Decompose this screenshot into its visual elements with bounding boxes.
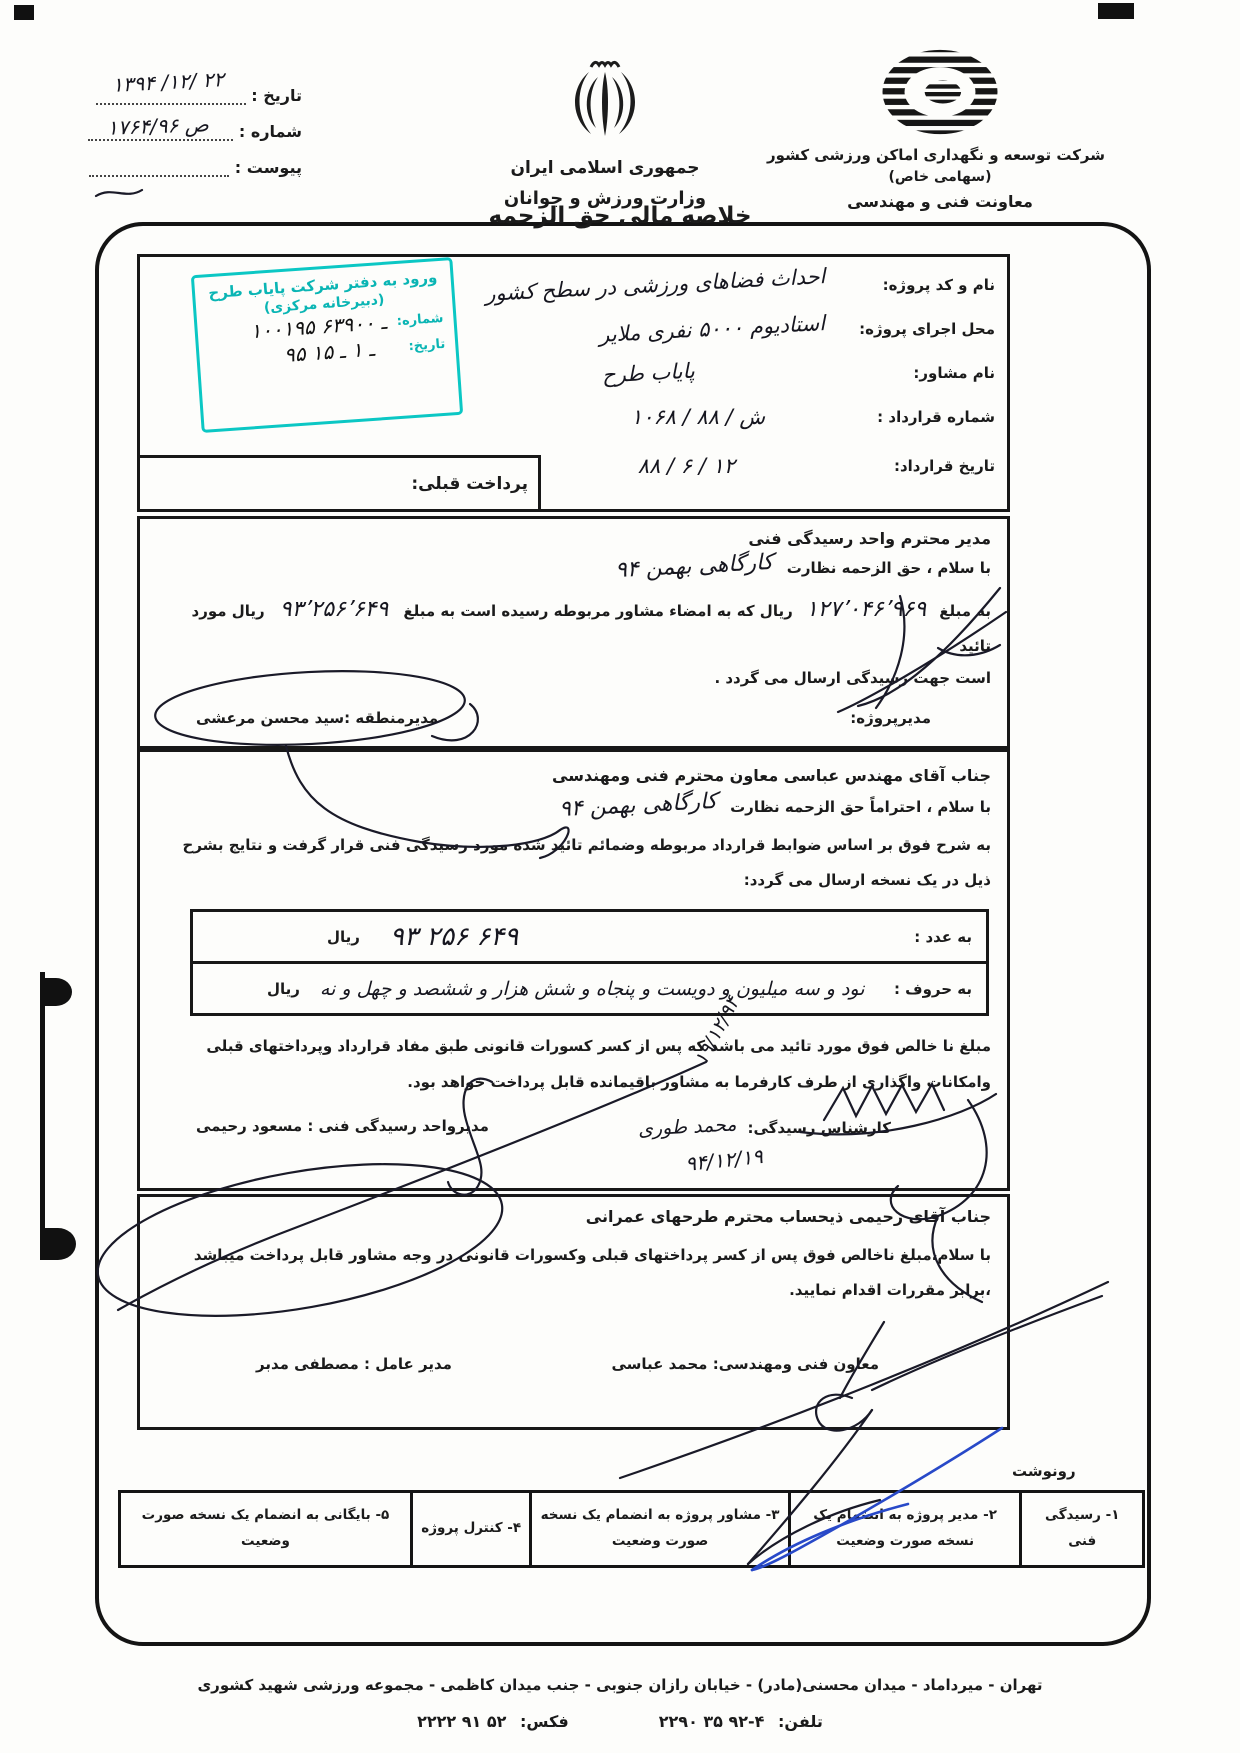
section1-continuation: است جهت رسیدگی ارسال می گردد . [156,669,991,687]
region-manager-label: مدیرمنطقه :سید محسن مرعشی [196,709,438,727]
section1-signature-row: مدیرپروژه: مدیرمنطقه :سید محسن مرعشی [156,709,991,727]
phone-value: ۲۲۹۰ ۳۵ ۹۲-۴ [659,1712,765,1731]
project-manager-label: مدیرپروژه: [850,709,931,727]
section3-signature-row: معاون فنی ومهندسی: محمد عباسی مدیر عامل … [156,1355,991,1373]
section2-body: به شرح فوق بر اساس ضوابط قرارداد مربوطه … [156,828,991,897]
unit-manager-label: مدیرواحد رسیدگی فنی [318,1117,489,1135]
contract-number-label: شماره قرارداد : [825,408,995,426]
amount-words-unit: ریال [267,980,300,998]
fax-label: فکس: [520,1712,569,1731]
copies-cell-2: ۲- مدیر پروژه به انضمام یک نسخه صورت وضع… [788,1493,1020,1565]
amount-words-value: نود و سه میلیون و دویست و پنجاه و شش هزا… [320,978,865,1000]
consultant-value: پایاب طرح [602,359,696,388]
scanned-document-page: تاریخ : ۱۳۹۴ /۱۲/ ۲۲ شماره : ۱۷۶۴/۹۶ ص پ… [0,0,1240,1753]
scan-artifact [1098,3,1134,19]
company-name: شرکت توسعه و نگهداری اماکن ورزشی کشور [775,146,1105,164]
section2-note: مبلغ نا خالص فوق مورد تائید می باشد که پ… [156,1028,991,1100]
footer-contacts: تلفن: ۲۲۹۰ ۳۵ ۹۲-۴ فکس: ۲۲۲۲ ۹۱ ۵۲ [0,1712,1240,1731]
contract-date-value: ۸۸ / ۶ / ۱۲ [638,454,735,478]
number-row: شماره : ۱۷۶۴/۹۶ ص [52,122,302,141]
deputy-label: معاون فنی ومهندسی: محمد عباسی [612,1355,880,1373]
gross-amount-handwritten: ۱۲۷٬۰۴۶٬۹۶۹ [806,597,926,622]
scan-artifact [40,978,72,1006]
number-handwritten: ۱۷۶۴/۹۶ ص [107,112,210,140]
examiner-label: کارشناس رسیدگی: [748,1119,892,1137]
section1-amount-line: به مبلغ ۱۲۷٬۰۴۶٬۹۶۹ ریال که به امضاء مشا… [156,589,991,661]
section1-salutation: با سلام ، حق الزحمه نظارت [787,559,991,577]
scan-artifact [40,1228,76,1260]
approval-date-handwritten: ۹۴/۱۲/۱۹ [684,1144,764,1176]
stamp-date-label: تاریخ: [408,336,446,354]
consultant-label: نام مشاور: [825,364,995,382]
department-name: معاونت فنی و مهندسی [775,192,1105,211]
amount-digits-value: ۹۳ ۲۵۶ ۶۴۹ [390,922,518,952]
copies-table: ۱- رسیدگی فنی ۲- مدیر پروژه به انضمام یک… [118,1490,1145,1568]
amount-table: به عدد : ۹۳ ۲۵۶ ۶۴۹ ریال به حروف : نود و… [190,909,989,1016]
section2-subject-handwritten: کارگاهی بهمن ۹۴ [558,789,717,822]
amount-digits-row: به عدد : ۹۳ ۲۵۶ ۶۴۹ ریال [193,912,986,961]
contract-number-value: ش / ۸۸ / ۱۰۶۸ [631,405,765,429]
examiner-group: کارشناس رسیدگی: محمد طوری [638,1116,891,1138]
footer-fax: فکس: ۲۲۲۲ ۹۱ ۵۲ [417,1712,569,1731]
letterhead-company: شرکت توسعه و نگهداری اماکن ورزشی کشور (س… [775,46,1105,211]
section-payment-order: جناب آقای رحیمی ذیحساب محترم طرحهای عمرا… [137,1194,1010,1430]
contract-date-label: تاریخ قرارداد: [825,457,995,475]
previous-payment-label: پرداخت قبلی: [411,474,528,494]
copies-cell-4: ۴- کنترل پروژه [410,1493,529,1565]
section-technical-review: مدیر محترم واحد رسیدگی فنی با سلام ، حق … [137,516,1010,749]
ceo-label: مدیر عامل : مصطفی مدبر [256,1355,452,1373]
section2-heading: جناب آقای مهندس عباسی معاون محترم فنی وم… [156,766,991,785]
section1-heading: مدیر محترم واحد رسیدگی فنی [156,529,991,548]
section2-salutation-line: با سلام ، احتراماً حق الزحمه نظارت کارگا… [156,793,991,818]
unit-manager-name: : مسعود رحیمی [196,1117,313,1135]
project-name-label: نام و کد پروژه: [825,276,995,294]
footer-phone: تلفن: ۲۲۹۰ ۳۵ ۹۲-۴ [659,1712,823,1731]
amount-mid-text: ریال که به امضاء مشاور مربوطه رسیده است … [403,602,792,620]
country-name: جمهوری اسلامی ایران [440,158,770,178]
entry-stamp: ورود به دفتر شرکت پایاب طرح (دبیرخانه مر… [191,257,463,433]
project-location-label: محل اجرای پروژه: [825,320,995,338]
section2-signature-row: کارشناس رسیدگی: محمد طوری مدیرواحد رسیدگ… [156,1116,991,1138]
unit-manager-group: مدیرواحد رسیدگی فنی : مسعود رحیمی [196,1116,489,1138]
attachment-dotline [89,161,229,177]
section3-heading: جناب آقای رحیمی ذیحساب محترم طرحهای عمرا… [156,1207,991,1226]
examiner-signature-name: محمد طوری [637,1113,736,1140]
section1-subject-handwritten: کارگاهی بهمن ۹۴ [615,550,774,583]
copies-cell-1: ۱- رسیدگی فنی [1019,1493,1142,1565]
amount-prefix: به مبلغ [939,602,991,620]
company-logo-icon [877,46,1003,138]
letterhead-center: جمهوری اسلامی ایران وزارت ورزش و جوانان [440,58,770,209]
section-deputy-review: جناب آقای مهندس عباسی معاون محترم فنی وم… [137,749,1010,1191]
number-label: شماره : [239,122,302,141]
project-location-value: استادیوم ۵۰۰۰ نفری ملایر [598,311,825,347]
document-title: خلاصه مالی حق الزحمه [476,203,763,229]
iran-emblem-icon [565,58,645,150]
attachment-row: پیوست : [52,158,302,177]
company-type: (سهامی خاص) [775,169,1105,185]
scan-artifact [14,5,34,20]
previous-payment-box: پرداخت قبلی: [137,455,541,512]
section1-salutation-line: با سلام ، حق الزحمه نظارت کارگاهی بهمن ۹… [156,554,991,579]
amount-words-row: به حروف : نود و سه میلیون و دویست و پنجا… [193,961,986,1013]
stamp-date-value: ۹۵ ـ ۱ ـ ۱۵ [283,337,375,367]
attachment-label: پیوست : [235,158,302,177]
copies-cell-5: ۵- بایگانی به انضمام یک نسخه صورت وضعیت [121,1493,410,1565]
copies-heading: رونوشت [1012,1462,1076,1480]
scan-artifact [40,972,45,1258]
section3-body: با سلام،مبلغ ناخالص فوق پس از کسر پرداخت… [156,1238,991,1307]
amount-digits-label: به عدد : [914,928,972,946]
date-label: تاریخ : [251,86,302,105]
letterhead-date-block: تاریخ : ۱۳۹۴ /۱۲/ ۲۲ شماره : ۱۷۶۴/۹۶ ص پ… [52,86,302,194]
amount-words-label: به حروف : [894,980,972,998]
footer-address: تهران - میرداماد - میدان محسنی(مادر) - خ… [0,1676,1240,1694]
fax-value: ۲۲۲۲ ۹۱ ۵۲ [417,1712,506,1731]
copies-cell-3: ۳- مشاور پروژه به انضمام یک نسخه صورت وض… [529,1493,787,1565]
date-row: تاریخ : ۱۳۹۴ /۱۲/ ۲۲ [52,86,302,105]
stamp-number-label: شماره: [396,310,444,328]
project-name-value: احداث فضاهای ورزشی در سطح کشور [484,264,825,306]
approved-amount-handwritten: ۹۳٬۲۵۶٬۶۴۹ [280,597,389,622]
section2-salutation: با سلام ، احتراماً حق الزحمه نظارت [730,798,991,816]
amount-digits-unit: ریال [327,928,360,946]
phone-label: تلفن: [778,1712,823,1731]
